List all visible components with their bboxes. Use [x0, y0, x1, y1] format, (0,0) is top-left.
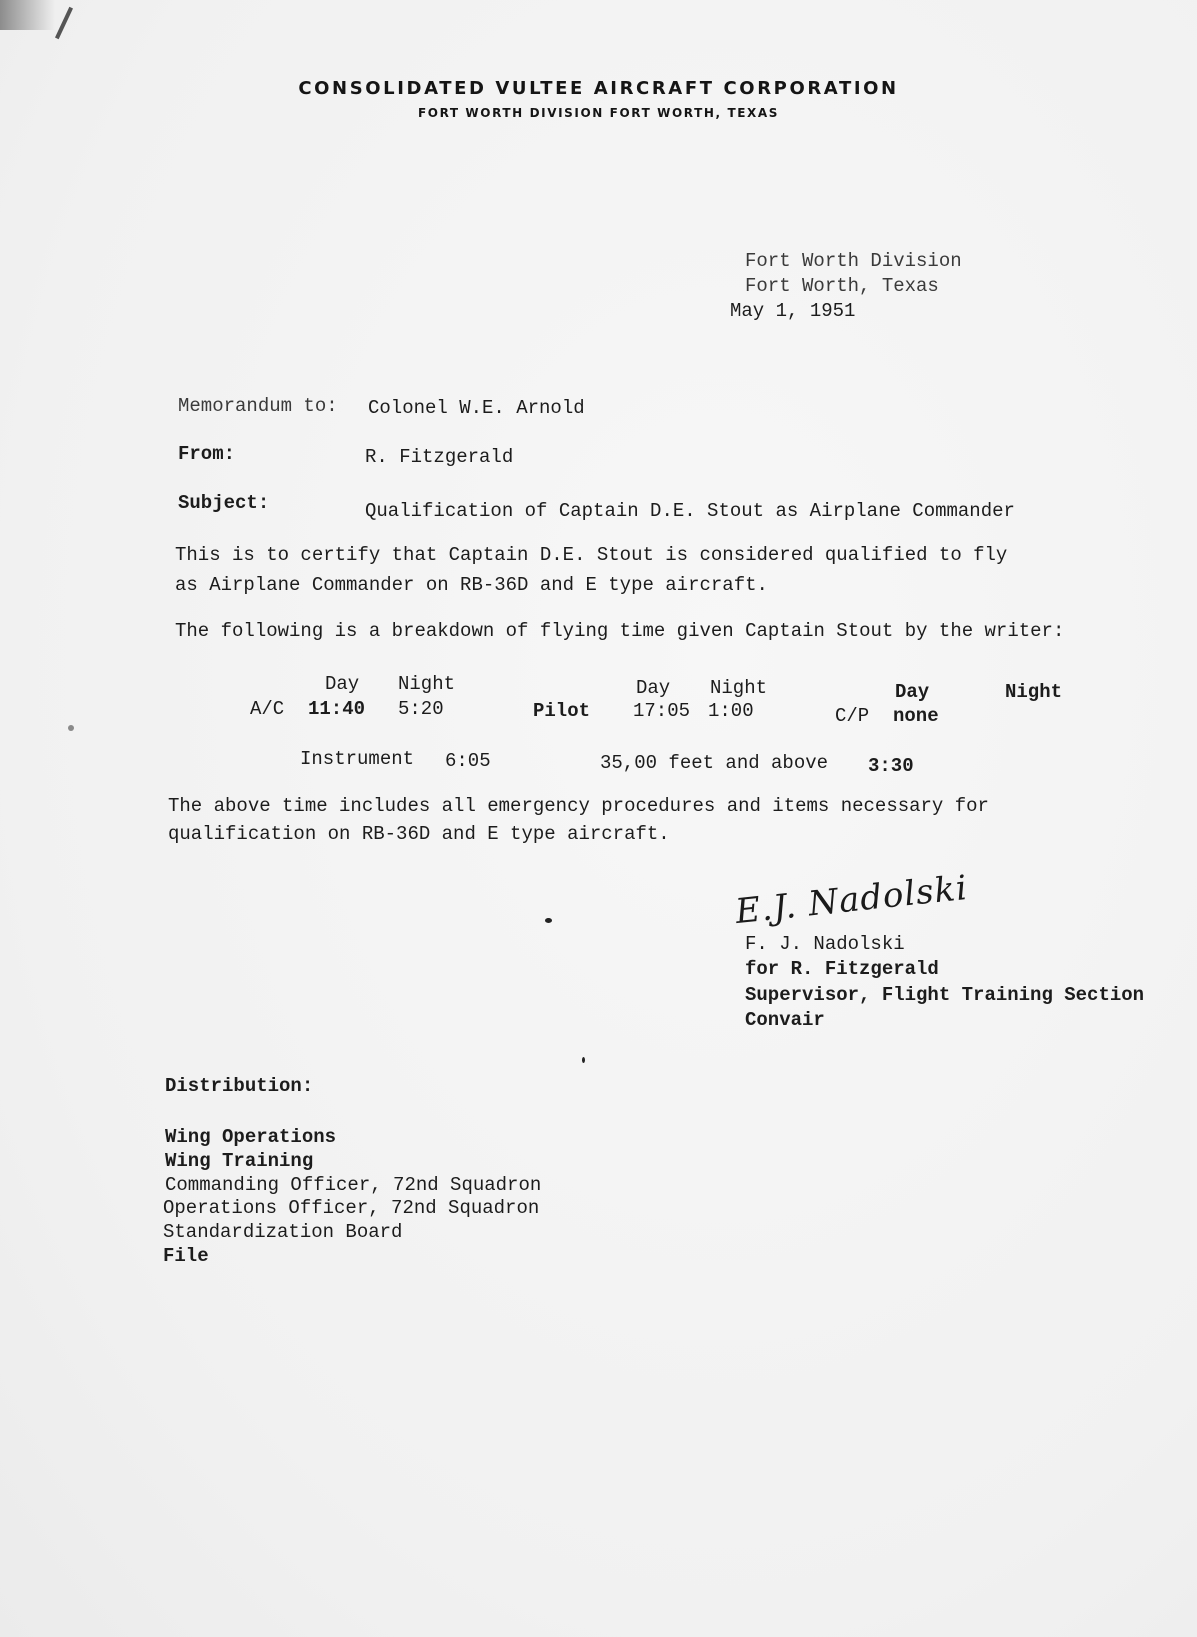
emergency-line-2: qualification on RB-36D and E type aircr…	[168, 825, 670, 844]
distribution-item: Commanding Officer, 72nd Squadron	[165, 1176, 541, 1195]
cp-night-header: Night	[1005, 683, 1062, 702]
letterhead-division: FORT WORTH DIVISION FORT WORTH, TEXAS	[0, 106, 1197, 120]
signer-org: Convair	[745, 1011, 825, 1030]
signer-name: F. J. Nadolski	[745, 935, 905, 954]
from-value: R. Fitzgerald	[365, 448, 513, 467]
certify-line-2: as Airplane Commander on RB-36D and E ty…	[175, 576, 768, 595]
instrument-label: Instrument	[300, 750, 414, 769]
letterhead-company: CONSOLIDATED VULTEE AIRCRAFT CORPORATION	[0, 78, 1197, 99]
certify-line-1: This is to certify that Captain D.E. Sto…	[175, 546, 1007, 565]
ink-speck	[545, 918, 552, 923]
ac-night-value: 5:20	[398, 700, 444, 719]
pilot-day-header: Day	[636, 679, 670, 698]
document-page: CONSOLIDATED VULTEE AIRCRAFT CORPORATION…	[0, 0, 1197, 1637]
ac-label: A/C	[250, 700, 284, 719]
distribution-item: File	[163, 1247, 209, 1266]
dateline-city: Fort Worth, Texas	[745, 277, 939, 296]
ac-night-header: Night	[398, 675, 455, 694]
pilot-label: Pilot	[533, 702, 590, 721]
to-value: Colonel W.E. Arnold	[368, 399, 585, 418]
to-label: Memorandum to:	[178, 397, 338, 416]
distribution-item: Operations Officer, 72nd Squadron	[163, 1199, 539, 1218]
cp-day-value: none	[893, 707, 939, 726]
distribution-item: Wing Operations	[165, 1128, 336, 1147]
pencil-mark	[55, 7, 73, 40]
cp-label: C/P	[835, 707, 869, 726]
signer-on-behalf: for R. Fitzgerald	[745, 960, 939, 979]
cp-day-header: Day	[895, 683, 929, 702]
ac-day-header: Day	[325, 675, 359, 694]
ac-day-value: 11:40	[308, 700, 365, 719]
pilot-night-header: Night	[710, 679, 767, 698]
dateline-division: Fort Worth Division	[745, 252, 962, 271]
handwritten-signature: E.J. Nadolski	[734, 868, 970, 932]
breakdown-intro: The following is a breakdown of flying t…	[175, 622, 1064, 641]
distribution-item: Standardization Board	[163, 1223, 402, 1242]
from-label: From:	[178, 445, 235, 464]
pilot-day-value: 17:05	[633, 702, 690, 721]
page-smudge	[0, 0, 55, 30]
emergency-line-1: The above time includes all emergency pr…	[168, 797, 989, 816]
signer-title: Supervisor, Flight Training Section	[745, 986, 1144, 1005]
ink-speck	[582, 1057, 585, 1063]
subject-label: Subject:	[178, 494, 269, 513]
pilot-night-value: 1:00	[708, 702, 754, 721]
dateline-date: May 1, 1951	[730, 302, 855, 321]
instrument-value: 6:05	[445, 752, 491, 771]
subject-value: Qualification of Captain D.E. Stout as A…	[365, 502, 1015, 521]
altitude-value: 3:30	[868, 757, 914, 776]
distribution-label: Distribution:	[165, 1077, 313, 1096]
altitude-label: 35,00 feet and above	[600, 754, 828, 773]
ink-speck	[68, 725, 74, 731]
distribution-item: Wing Training	[165, 1152, 313, 1171]
